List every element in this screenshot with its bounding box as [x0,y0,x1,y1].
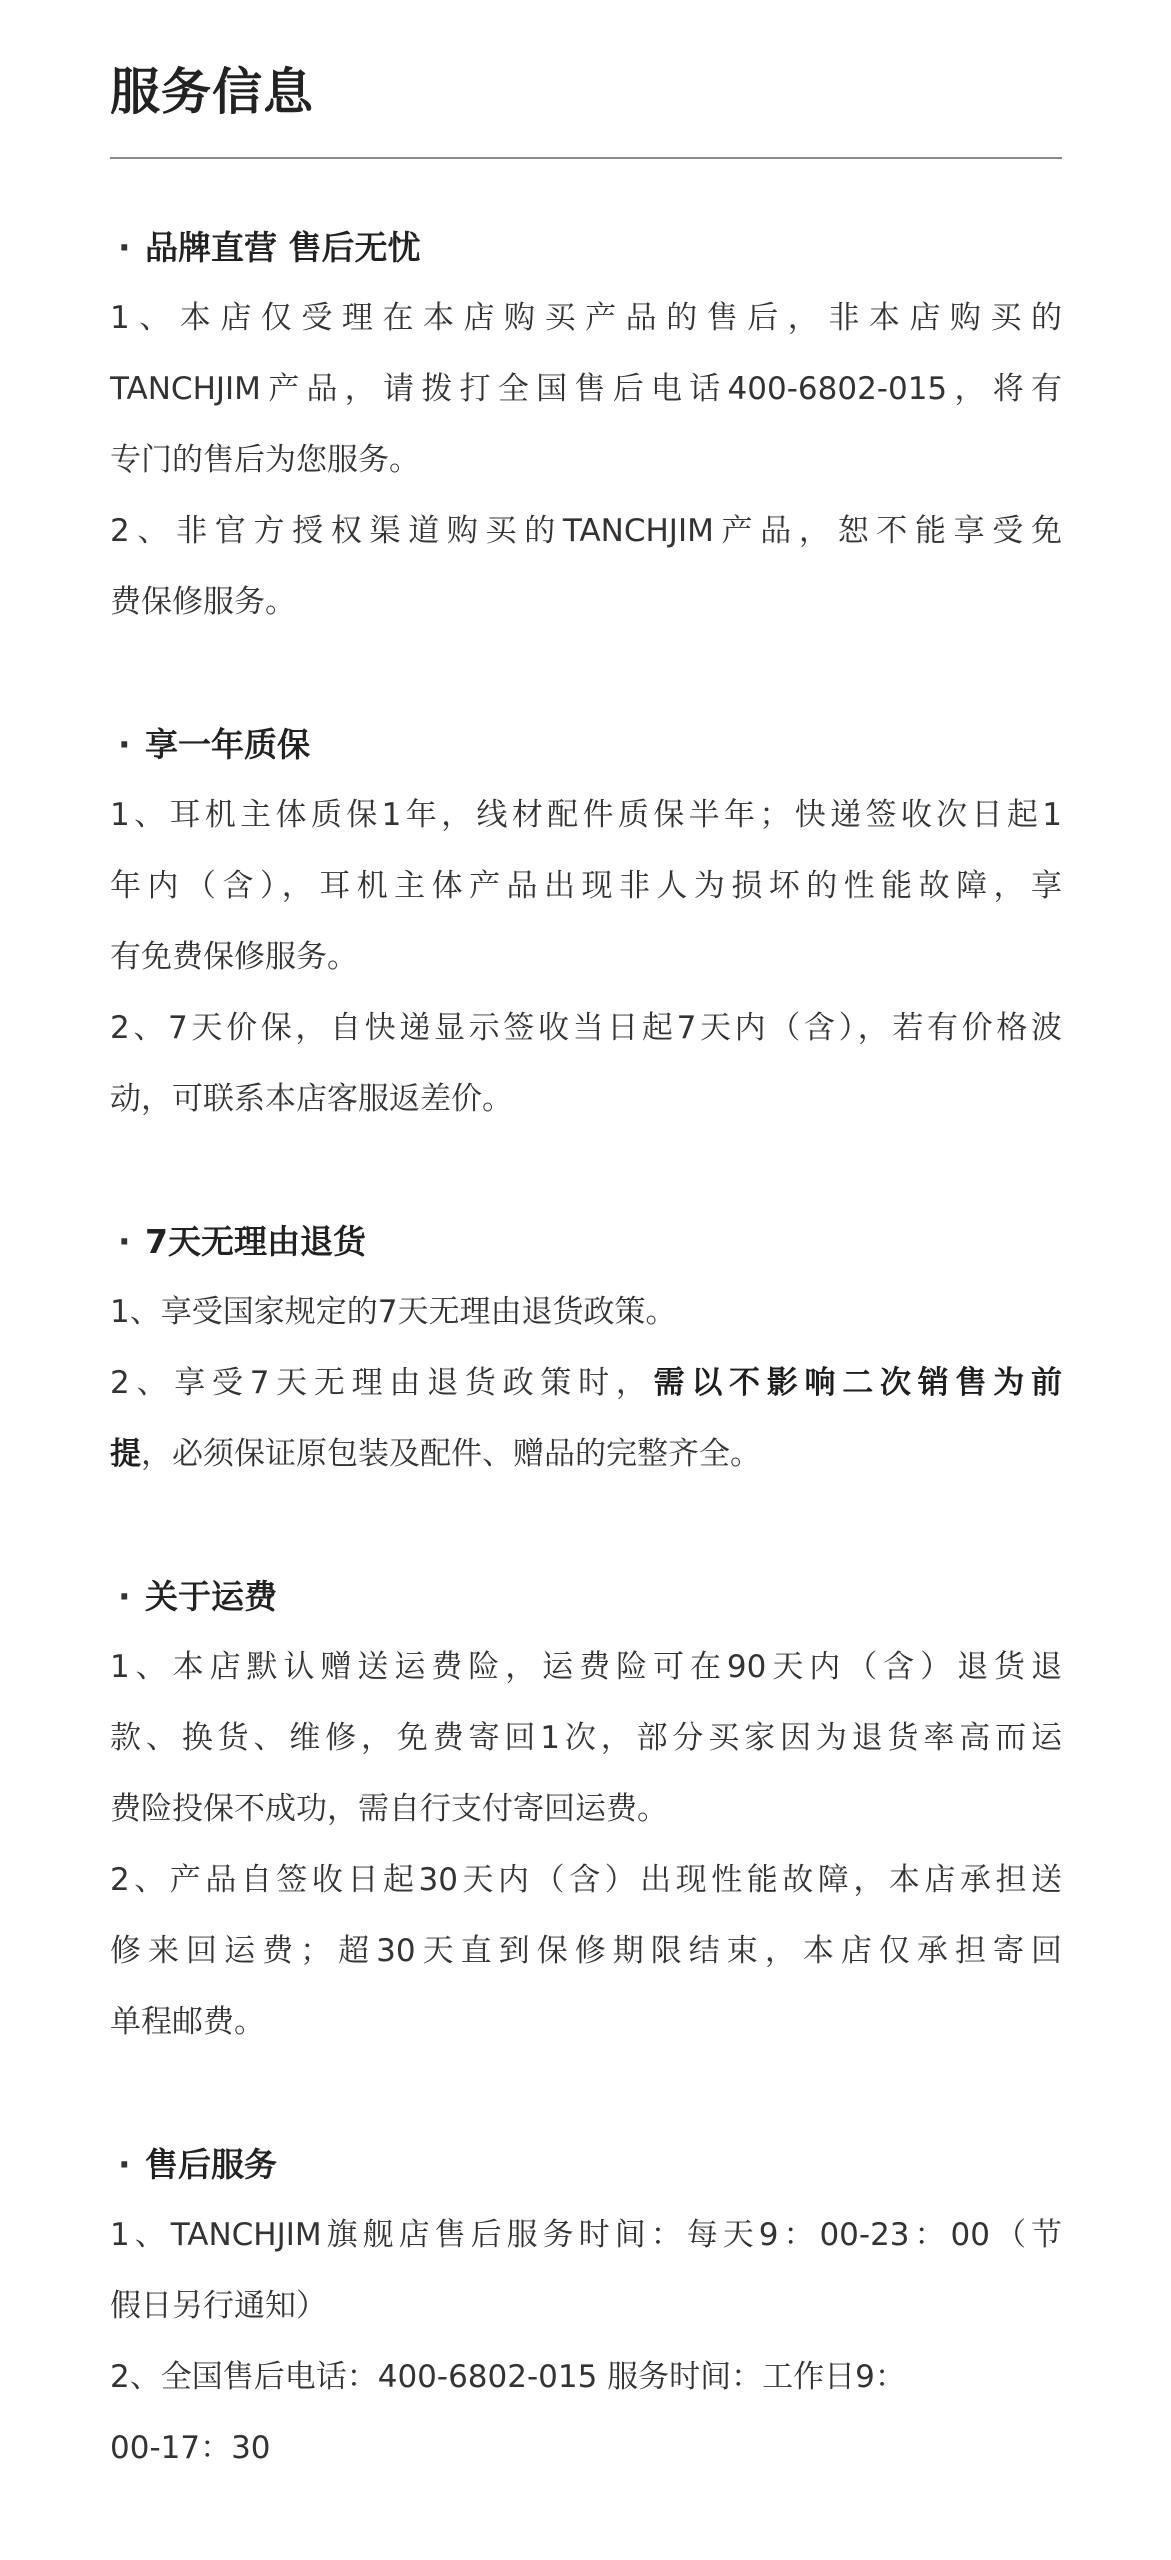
service-section: ·售后服务1、TANCHJIM旗舰店售后服务时间：每天9：00-23：00（节假… [110,2129,1062,2484]
section-heading-text: 7天无理由退货 [145,1206,366,1277]
body-text-line: 2、7天价保，自快递显示签收当日起7天内（含），若有价格波 [110,993,1062,1064]
text-segment: 修来回运费；超30天直到保修期限结束，本店仅承担寄回 [110,1933,1062,1969]
body-text-line: 1、本店仅受理在本店购买产品的售后，非本店购买的 [110,283,1062,354]
body-text-line: 1、本店默认赠送运费险，运费险可在90天内（含）退货退 [110,1632,1062,1703]
body-text-line: 2、享受7天无理由退货政策时，需以不影响二次销售为前 [110,1348,1062,1419]
text-segment: 1、享受国家规定的7天无理由退货政策。 [110,1294,676,1330]
body-text-line: 2、非官方授权渠道购买的TANCHJIM产品，恕不能享受免 [110,496,1062,567]
service-section: ·关于运费1、本店默认赠送运费险，运费险可在90天内（含）退货退款、换货、维修，… [110,1561,1062,2058]
section-heading: ·品牌直营 售后无忧 [110,212,1062,283]
body-text-line: TANCHJIM产品，请拨打全国售后电话400-6802-015，将有 [110,354,1062,425]
body-text-line: 00-17：30 [110,2413,1062,2484]
body-text-line: 款、换货、维修，免费寄回1次，部分买家因为退货率高而运 [110,1703,1062,1774]
text-segment: 1、TANCHJIM旗舰店售后服务时间：每天9：00-23：00（节 [110,2217,1062,2253]
body-text-line: 费保修服务。 [110,567,1062,638]
bullet-dot-icon: · [110,709,145,780]
section-heading-text: 售后服务 [145,2129,277,2200]
bullet-dot-icon: · [110,1561,145,1632]
body-text-line: 年内（含），耳机主体产品出现非人为损坏的性能故障，享 [110,851,1062,922]
text-segment: 00-17：30 [110,2430,271,2466]
text-segment: 2、非官方授权渠道购买的TANCHJIM产品，恕不能享受免 [110,513,1062,549]
body-text-line: 有免费保修服务。 [110,922,1062,993]
text-segment: 款、换货、维修，免费寄回1次，部分买家因为退货率高而运 [110,1720,1062,1756]
text-segment: ，必须保证原包装及配件、赠品的完整齐全。 [141,1436,761,1472]
service-sections: ·品牌直营 售后无忧1、本店仅受理在本店购买产品的售后，非本店购买的TANCHJ… [110,212,1062,2555]
section-heading: ·7天无理由退货 [110,1206,1062,1277]
body-text-line: 动，可联系本店客服返差价。 [110,1064,1062,1135]
bullet-dot-icon: · [110,2129,145,2200]
section-heading: ·售后服务 [110,2129,1062,2200]
section-heading-text: 关于运费 [145,1561,277,1632]
text-segment: 2、享受7天无理由退货政策时， [110,1365,654,1401]
body-text-line: 修来回运费；超30天直到保修期限结束，本店仅承担寄回 [110,1916,1062,1987]
text-segment: 1、本店默认赠送运费险，运费险可在90天内（含）退货退 [110,1649,1062,1685]
service-section: ·7天无理由退货1、享受国家规定的7天无理由退货政策。2、享受7天无理由退货政策… [110,1206,1062,1490]
section-heading-text: 享一年质保 [145,709,310,780]
body-text-line: 假日另行通知） [110,2271,1062,2342]
page-title: 服务信息 [110,62,314,122]
body-text-line: 2、全国售后电话：400-6802-015 服务时间：工作日9： [110,2342,1062,2413]
text-segment: 2、7天价保，自快递显示签收当日起7天内（含），若有价格波 [110,1010,1062,1046]
body-text-line: 单程邮费。 [110,1987,1062,2058]
text-segment: 1、本店仅受理在本店购买产品的售后，非本店购买的 [110,300,1062,336]
body-text-line: 专门的售后为您服务。 [110,425,1062,496]
service-section: ·品牌直营 售后无忧1、本店仅受理在本店购买产品的售后，非本店购买的TANCHJ… [110,212,1062,638]
text-segment: 有免费保修服务。 [110,939,358,975]
section-heading: ·关于运费 [110,1561,1062,1632]
text-segment: 动，可联系本店客服返差价。 [110,1081,513,1117]
body-text-line: 1、耳机主体质保1年，线材配件质保半年；快递签收次日起1 [110,780,1062,851]
text-segment: 单程邮费。 [110,2004,265,2040]
body-text-line: 1、享受国家规定的7天无理由退货政策。 [110,1277,1062,1348]
text-segment: 2、产品自签收日起30天内（含）出现性能故障，本店承担送 [110,1862,1062,1898]
text-segment: 费险投保不成功，需自行支付寄回运费。 [110,1791,668,1827]
bullet-dot-icon: · [110,1206,145,1277]
body-text-line: 费险投保不成功，需自行支付寄回运费。 [110,1774,1062,1845]
text-segment: 1、耳机主体质保1年，线材配件质保半年；快递签收次日起1 [110,797,1062,833]
section-heading: ·享一年质保 [110,709,1062,780]
body-text-line: 提，必须保证原包装及配件、赠品的完整齐全。 [110,1419,1062,1490]
emphasis-text: 需以不影响二次销售为前 [654,1365,1062,1401]
text-segment: 专门的售后为您服务。 [110,442,420,478]
service-section: ·享一年质保1、耳机主体质保1年，线材配件质保半年；快递签收次日起1年内（含），… [110,709,1062,1135]
text-segment: 2、全国售后电话：400-6802-015 服务时间：工作日9： [110,2359,906,2395]
title-divider [110,157,1062,159]
text-segment: 假日另行通知） [110,2288,327,2324]
body-text-line: 2、产品自签收日起30天内（含）出现性能故障，本店承担送 [110,1845,1062,1916]
text-segment: 年内（含），耳机主体产品出现非人为损坏的性能故障，享 [110,868,1062,904]
section-heading-text: 品牌直营 售后无忧 [145,212,421,283]
emphasis-text: 提 [110,1436,141,1472]
body-text-line: 1、TANCHJIM旗舰店售后服务时间：每天9：00-23：00（节 [110,2200,1062,2271]
text-segment: 费保修服务。 [110,584,296,620]
bullet-dot-icon: · [110,212,145,283]
text-segment: TANCHJIM产品，请拨打全国售后电话400-6802-015，将有 [110,371,1062,407]
